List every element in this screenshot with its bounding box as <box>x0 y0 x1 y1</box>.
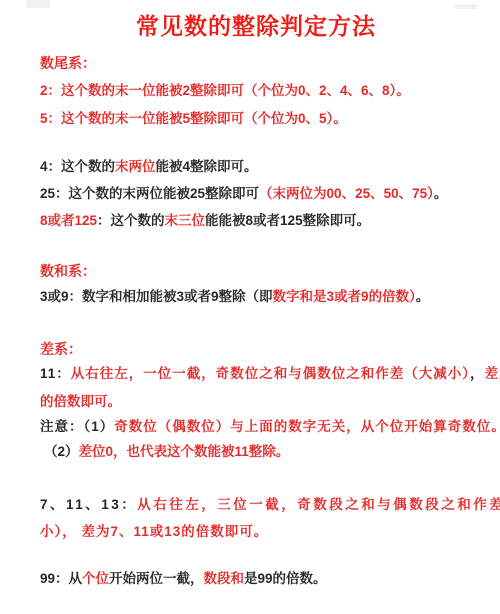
section-header-shuhexi: 数和系： <box>40 263 472 279</box>
text-segment: 7、11、13： <box>40 497 137 512</box>
text-segment: 2：这个数的末一位能被2整除即可（个位为0、2、4、6、8）。 <box>40 83 410 98</box>
text-segment: 能能被8或者125整除即可。 <box>205 213 370 228</box>
text-segment: 小）， 差为7、11或13的倍数即可。 <box>40 524 268 539</box>
text-segment: 开始两位一截， <box>109 571 204 586</box>
text-segment: 数段和 <box>204 571 245 586</box>
text-segment: 能被4整除即可。 <box>156 159 258 174</box>
text-segment: 8或者125 <box>40 213 97 228</box>
text-segment: 个位 <box>82 571 109 586</box>
text-segment: 11： <box>40 366 71 381</box>
text-segment: 99：从 <box>40 571 82 586</box>
text-segment: 。 <box>416 289 430 304</box>
text-segment: 差位0，也代表这个数能被11整除。 <box>79 444 290 459</box>
rule-4: 4：这个数的末两位能被4整除即可。 <box>40 159 472 175</box>
text-segment: 差系： <box>40 341 82 357</box>
rule-11-line1: 11：从右往左，一位一截，奇数位之和与偶数位之和作差（大减小），差为11 <box>40 366 472 382</box>
rule-8-125: 8或者125：这个数的末三位能能被8或者125整除即可。 <box>40 213 472 229</box>
text-segment: 奇数位（偶数位）与上面的数字无关，从个位开始算奇数位。 <box>114 419 500 434</box>
text-segment: ：这个数的 <box>97 213 165 228</box>
text-segment: 25：这个数的末两位能被25整除即可 <box>40 186 259 201</box>
text-segment: 数尾系： <box>40 55 96 71</box>
text-segment: 4：这个数的 <box>40 159 115 174</box>
text-segment: 。 <box>434 186 448 201</box>
text-segment: 数和系： <box>40 263 96 279</box>
rule-7-11-13-line2: 小）， 差为7、11或13的倍数即可。 <box>40 524 472 540</box>
rule-5: 5：这个数的末一位能被5整除即可（个位为0、5）。 <box>40 111 472 127</box>
rule-11-note2: （2）差位0，也代表这个数能被11整除。 <box>40 444 472 460</box>
rule-2: 2：这个数的末一位能被2整除即可（个位为0、2、4、6、8）。 <box>40 83 472 99</box>
section-header-shuweixi: 数尾系： <box>40 55 472 71</box>
text-segment: 3或9：数字和相加能被3或者9整除（即 <box>40 289 273 304</box>
rule-11-note1: 注意：（1）奇数位（偶数位）与上面的数字无关，从个位开始算奇数位。 <box>40 419 472 435</box>
text-segment: （末两位为00、25、50、75） <box>259 186 434 201</box>
rule-11-line2: 的倍数即可。 <box>40 394 472 410</box>
text-segment: 末两位 <box>115 159 156 174</box>
text-segment: （2） <box>44 444 79 459</box>
document-page: 常见数的整除判定方法 数尾系：2：这个数的末一位能被2整除即可（个位为0、2、4… <box>0 0 500 614</box>
scan-artifact-right <box>455 5 477 9</box>
text-segment: 的倍数即可。 <box>40 394 121 409</box>
rule-25: 25：这个数的末两位能被25整除即可（末两位为00、25、50、75）。 <box>40 186 472 202</box>
rule-99: 99：从个位开始两位一截，数段和是99的倍数。 <box>40 571 472 587</box>
text-segment: 从右往左，一位一截，奇数位之和与偶数位之和作差（大减小） <box>71 366 470 381</box>
text-segment: 注意：（1） <box>40 419 114 434</box>
scan-artifact-left <box>26 0 50 8</box>
text-segment: ， <box>470 366 485 381</box>
section-header-chaxi: 差系： <box>40 341 472 357</box>
text-segment: 差为11 <box>485 366 500 381</box>
doc-title: 常见数的整除判定方法 <box>40 12 472 40</box>
text-segment: 数字和是3或者9的倍数） <box>273 289 416 304</box>
text-segment: 5：这个数的末一位能被5整除即可（个位为0、5）。 <box>40 111 347 126</box>
rule-7-11-13-line1: 7、11、13：从右往左，三位一截，奇数段之和与偶数段之和作差（大减 <box>40 497 472 513</box>
text-segment: 是99的倍数。 <box>244 571 327 586</box>
rule-3-9: 3或9：数字和相加能被3或者9整除（即数字和是3或者9的倍数）。 <box>40 289 472 305</box>
text-segment: 从右往左，三位一截，奇数段之和与偶数段之和作差（大减 <box>137 497 500 512</box>
doc-body: 数尾系：2：这个数的末一位能被2整除即可（个位为0、2、4、6、8）。5：这个数… <box>40 55 472 587</box>
text-segment: 末三位 <box>165 213 206 228</box>
